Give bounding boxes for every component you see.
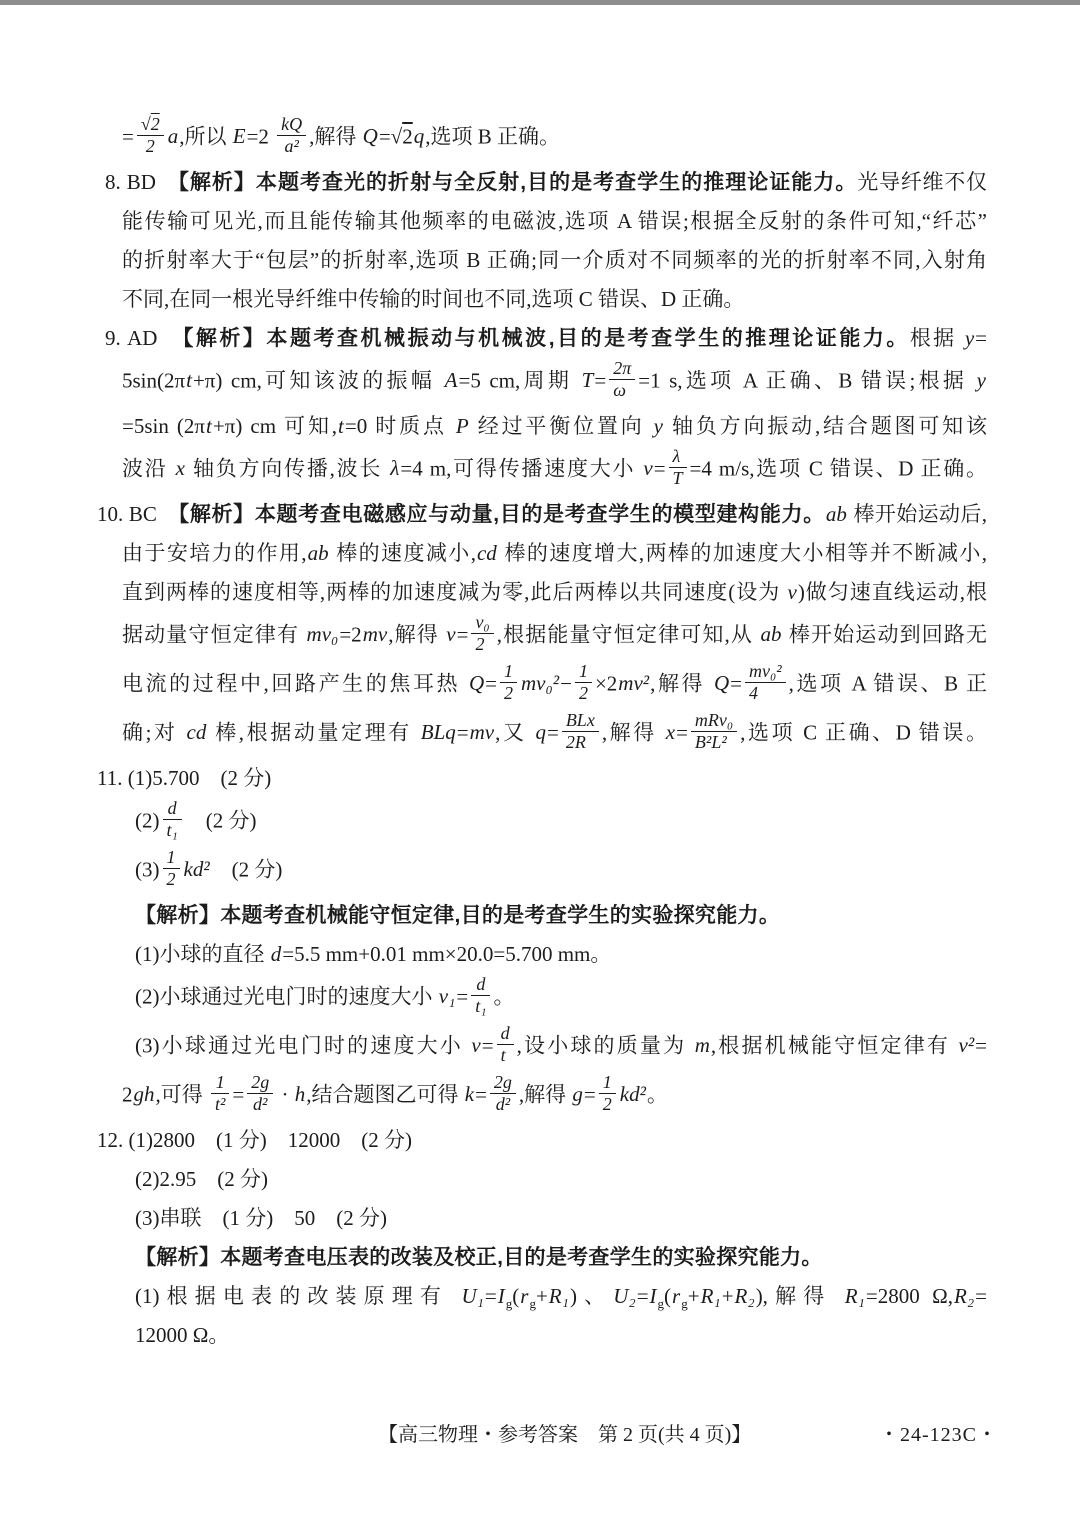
- text-line: (2)小球通过光电门时的速度大小 v₁=dt₁。: [135, 974, 987, 1023]
- fraction: 2gd²: [490, 1072, 516, 1115]
- text-line: 由于安培力的作用,ab 棒的速度减小,cd 棒的速度增大,两棒的加速度大小相等并…: [122, 534, 987, 573]
- text-line: 5sin(2πt+π) cm,可知该波的振幅 A=5 cm,周期 T=2πω=1…: [122, 358, 987, 407]
- text-line: 直到两棒的速度相等,两棒的加速度减为零,此后两棒以共同速度(设为 v)做匀速直线…: [122, 573, 987, 612]
- analysis-label: 【解析】本题考查电压表的改装及校正,目的是考查学生的实验探究能力。: [135, 1246, 823, 1269]
- fraction: 1t²: [211, 1072, 229, 1115]
- text-line: 据动量守恒定律有 mv₀=2mv,解得 v=v₀2,根据能量守恒定律可知,从 a…: [122, 612, 987, 661]
- fraction: 12: [599, 1072, 616, 1115]
- text-line: 10. BC 【解析】本题考查电磁感应与动量,目的是考查学生的模型建构能力。ab…: [97, 495, 987, 534]
- analysis-label: 【解析】本题考查电磁感应与动量,目的是考查学生的模型建构能力。: [179, 503, 825, 526]
- text-line: 不同,在同一根光导纤维中传输的时间也不同,选项 C 错误、D 正确。: [122, 280, 987, 319]
- text-line: (3)小球通过光电门时的速度大小 v=dt,设小球的质量为 m,根据机械能守恒定…: [135, 1023, 987, 1072]
- fraction: dt₁: [163, 798, 182, 841]
- paper-code: ・24-123C・: [879, 1418, 998, 1447]
- fraction: 2πω: [609, 358, 635, 401]
- analysis-label: 【解析】本题考查机械振动与机械波,目的是考查学生的推理论证能力。: [183, 327, 910, 350]
- text-line: 2gh,可得 1t²=2gd² · h,结合题图乙可得 k=2gd²,解得 g=…: [122, 1072, 987, 1121]
- text-line: 的折射率大于“包层”的折射率,选项 B 正确;同一介质对不同频率的光的折射率不同…: [122, 241, 987, 280]
- fraction: BLx2R: [562, 710, 599, 753]
- sqrt-expression: √2: [391, 124, 413, 148]
- fraction: dt₁: [471, 974, 490, 1017]
- fraction: λT: [669, 446, 687, 489]
- fraction: √22: [137, 114, 164, 157]
- text-line: 确;对 cd 棒,根据动量定理有 BLq=mv,又 q=BLx2R,解得 x=m…: [122, 710, 987, 759]
- fraction: dt: [497, 1023, 514, 1066]
- fraction: mv₀²4: [745, 661, 786, 704]
- text-line: 12. (1)2800 (1 分) 12000 (2 分): [97, 1121, 987, 1160]
- text-line: 【解析】本题考查机械能守恒定律,目的是考查学生的实验探究能力。: [135, 896, 987, 935]
- text-line: 电流的过程中,回路产生的焦耳热 Q=12mv₀²−12×2mv²,解得 Q=mv…: [122, 661, 987, 710]
- text-line: (2)dt₁ (2 分): [135, 798, 987, 847]
- fraction: 12: [163, 847, 180, 890]
- text-line: (2)2.95 (2 分): [135, 1160, 987, 1199]
- text-line: 能传输可见光,而且能传输其他频率的电磁波,选项 A 错误;根据全反射的条件可知,…: [122, 202, 987, 241]
- text-line: (3)串联 (1 分) 50 (2 分): [135, 1199, 987, 1238]
- text-line: 【解析】本题考查电压表的改装及校正,目的是考查学生的实验探究能力。: [135, 1238, 987, 1277]
- footer-page-info: 【高三物理・参考答案 第 2 页(共 4 页)】: [378, 1418, 751, 1447]
- fraction: 12: [575, 661, 592, 704]
- analysis-label: 【解析】本题考查机械能守恒定律,目的是考查学生的实验探究能力。: [135, 904, 780, 927]
- fraction: 12: [500, 661, 517, 704]
- fraction: v₀2: [471, 612, 493, 655]
- text-line: 12000 Ω。: [135, 1316, 987, 1355]
- text-line: 8. BD 【解析】本题考查光的折射与全反射,目的是考查学生的推理论证能力。光导…: [105, 163, 987, 202]
- fraction: kQa²: [277, 114, 306, 157]
- text-line: =√22a,所以 E=2 kQa²,解得 Q=√2q,选项 B 正确。: [122, 114, 987, 163]
- text-line: 9. AD 【解析】本题考查机械振动与机械波,目的是考查学生的推理论证能力。根据…: [105, 319, 987, 358]
- answer-sheet-content: =√22a,所以 E=2 kQa²,解得 Q=√2q,选项 B 正确。8. BD…: [105, 114, 987, 1355]
- analysis-label: 【解析】本题考查光的折射与全反射,目的是考查学生的推理论证能力。: [178, 171, 857, 194]
- fraction: 2gd²: [247, 1072, 273, 1115]
- text-line: (1)小球的直径 d=5.5 mm+0.01 mm×20.0=5.700 mm。: [135, 935, 987, 974]
- text-line: (3)12kd² (2 分): [135, 847, 987, 896]
- page-footer: 【高三物理・参考答案 第 2 页(共 4 页)】 ・24-123C・: [0, 1418, 1080, 1458]
- text-line: (1)根据电表的改装原理有 U₁=Ig(rg+R₁)、U₂=Ig(rg+R₁+R…: [135, 1277, 987, 1316]
- scan-edge-bar: [0, 0, 1080, 5]
- text-line: 11. (1)5.700 (2 分): [97, 759, 987, 798]
- fraction: mRv₀B²L²: [691, 710, 737, 753]
- text-line: 波沿 x 轴负方向传播,波长 λ=4 m,可得传播速度大小 v=λT=4 m/s…: [122, 446, 987, 495]
- text-line: =5sin (2πt+π) cm 可知,t=0 时质点 P 经过平衡位置向 y …: [122, 407, 987, 446]
